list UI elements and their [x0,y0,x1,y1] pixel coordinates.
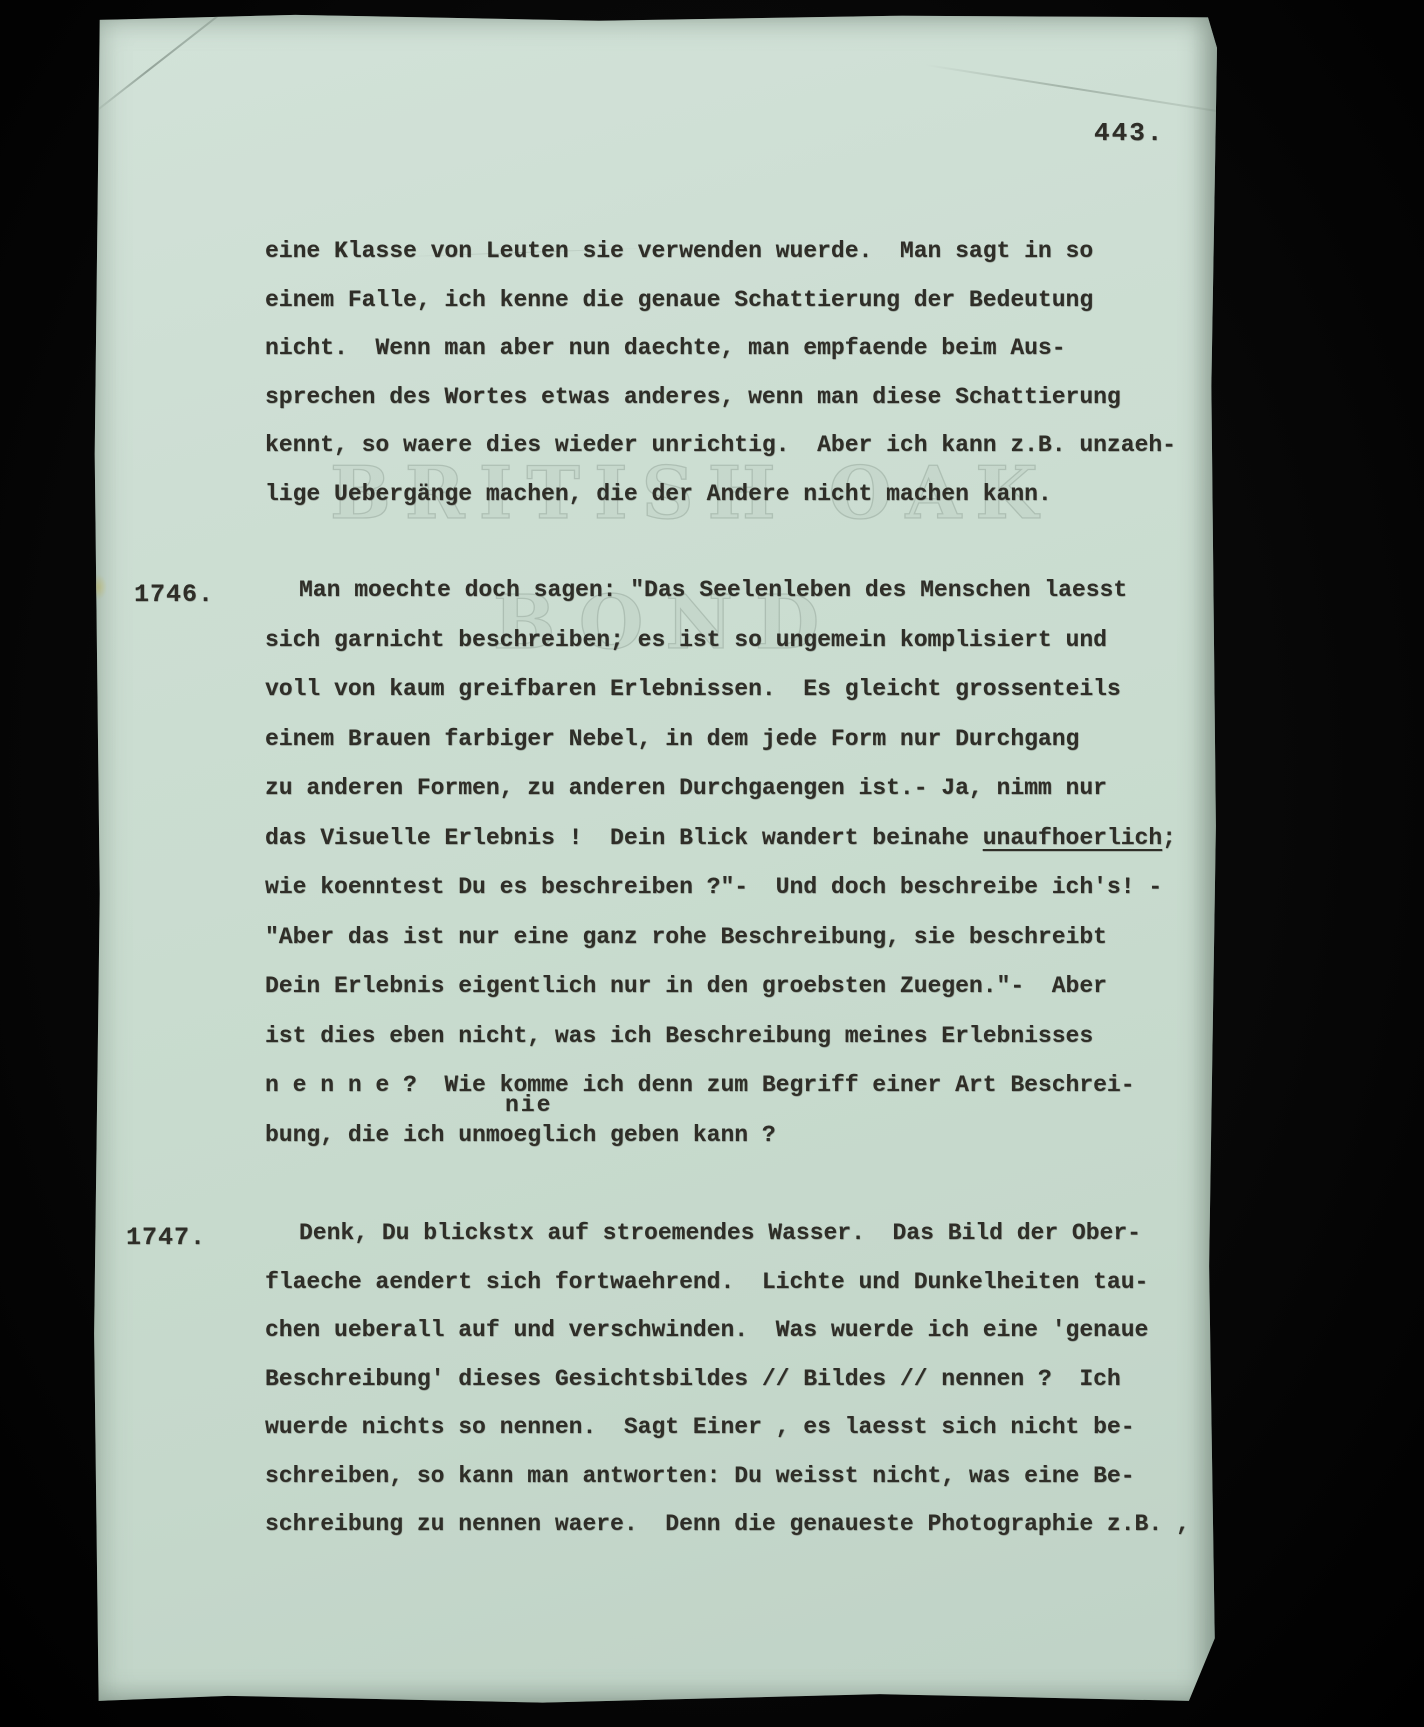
paper-crease [925,64,1281,122]
typed-line: schreibung zu nennen waere. Denn die gen… [265,1512,1265,1561]
typed-line: zu anderen Formen, zu anderen Durchgaeng… [265,776,1265,826]
scan-background: { "page": { "number": "443.", "watermark… [0,0,1424,1727]
paragraph-1746: Man moechte doch sagen: "Das Seelenleben… [265,578,1265,1172]
typed-line: wuerde nichts so nennen. Sagt Einer , es… [265,1415,1265,1464]
typed-line: flaeche aendert sich fortwaehrend. Licht… [265,1270,1265,1319]
paper-stain [89,574,107,600]
typed-line: chen ueberall auf und verschwinden. Was … [265,1318,1265,1367]
typed-line: eine Klasse von Leuten sie verwenden wue… [265,239,1265,288]
underlined-word: unaufhoerlich [983,825,1162,851]
typed-line: schreiben, so kann man antworten: Du wei… [265,1464,1265,1513]
typed-line: "Aber das ist nur eine ganz rohe Beschre… [265,925,1265,975]
typed-line: lige Uebergänge machen, die der Andere n… [265,482,1265,531]
typed-line: bung, die ich unmoeglich geben kann ? [265,1123,1265,1173]
typed-line: einem Brauen farbiger Nebel, in dem jede… [265,727,1265,777]
paragraph-continuation: eine Klasse von Leuten sie verwenden wue… [265,239,1265,530]
page-number: 443. [1094,118,1164,148]
typed-line: voll von kaum greifbaren Erlebnissen. Es… [265,677,1265,727]
typed-line: Denk, Du blickstx auf stroemendes Wasser… [265,1221,1265,1270]
typed-line: nicht. Wenn man aber nun daechte, man em… [265,336,1265,385]
typed-line: Beschreibung' dieses Gesichtsbildes // B… [265,1367,1265,1416]
typed-line: wie koenntest Du es beschreiben ?"- Und … [265,875,1265,925]
typed-line: kennt, so waere dies wieder unrichtig. A… [265,433,1265,482]
interline-insertion: nie [505,1092,552,1118]
typed-line: ist dies eben nicht, was ich Beschreibun… [265,1024,1265,1074]
typed-line: sich garnicht beschreiben; es ist so ung… [265,628,1265,678]
typed-line: Dein Erlebnis eigentlich nur in den groe… [265,974,1265,1024]
typed-line: einem Falle, ich kenne die genaue Schatt… [265,288,1265,337]
paper-crease [86,0,261,120]
paragraph-number-1746: 1746. [134,580,214,609]
typed-text: ; [1162,825,1176,851]
typed-line-underlined: das Visuelle Erlebnis ! Dein Blick wande… [265,826,1265,876]
paragraph-1747: Denk, Du blickstx auf stroemendes Wasser… [265,1221,1265,1561]
typed-line: n e n n e ? Wie komme ich denn zum Begri… [265,1073,1265,1123]
paragraph-number-1747: 1747. [126,1223,206,1252]
paper-sheet: BRITISH OAK BOND 443. 1746. 1747. eine K… [93,14,1217,1706]
typed-text: das Visuelle Erlebnis ! Dein Blick wande… [265,825,983,851]
typed-line: sprechen des Wortes etwas anderes, wenn … [265,385,1265,434]
typed-line: Man moechte doch sagen: "Das Seelenleben… [265,578,1265,628]
